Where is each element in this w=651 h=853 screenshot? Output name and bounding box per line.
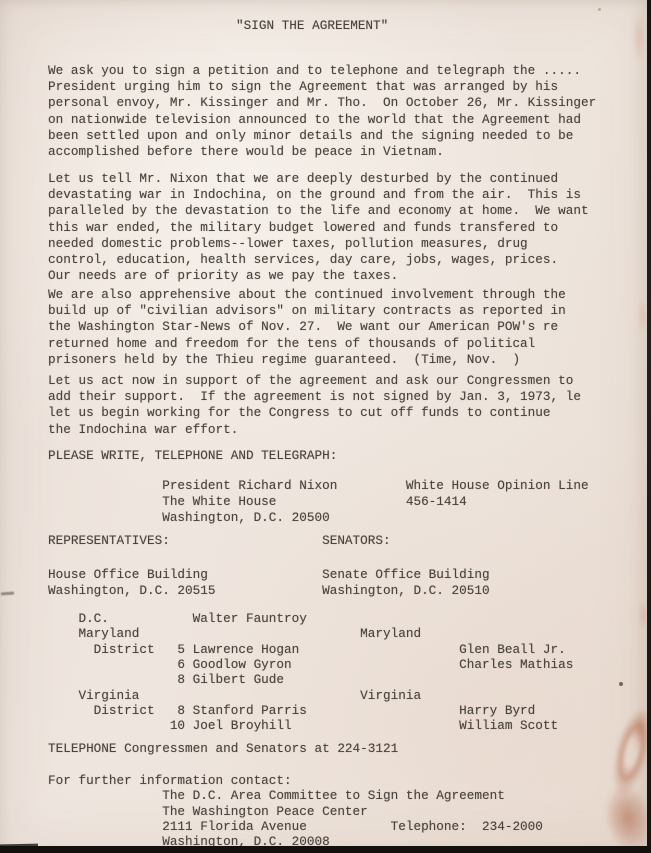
text-line: D.C. Walter Fauntroy: [48, 611, 573, 626]
text-line: prisoners held by the Thieu regime guara…: [48, 352, 566, 368]
text-line: personal envoy, Mr. Kissinger and Mr. Th…: [48, 95, 596, 111]
text-line: President Richard Nixon White House Opin…: [48, 478, 589, 494]
text-line: 10 Joel Broyhill William Scott: [48, 718, 573, 733]
scanner-edge-bottom: [0, 846, 651, 853]
paragraph-call-to-action: Let us act now in support of the agreeme…: [48, 373, 581, 438]
paragraph-pow-concerns: We are also apprehensive about the conti…: [48, 287, 566, 368]
text-line: the Indochina war effort.: [48, 422, 581, 438]
text-line: Our needs are of priority as we pay the …: [48, 268, 589, 284]
document-title: "SIGN THE AGREEMENT": [236, 18, 388, 34]
text-line: 8 Gilbert Gude: [48, 672, 573, 687]
text-line: the Washington Star-News of Nov. 27. We …: [48, 319, 566, 335]
text-line: let us begin working for the Congress to…: [48, 405, 581, 421]
text-line: add their support. If the agreement is n…: [48, 389, 581, 405]
paragraph-intro: We ask you to sign a petition and to tel…: [48, 63, 596, 160]
chambers-header-row: REPRESENTATIVES: SENATORS:: [48, 533, 391, 549]
text-line: paralleled by the devastation to the lif…: [48, 203, 589, 219]
text-line: this war ended, the military budget lowe…: [48, 220, 589, 236]
text-line: Washington, D.C. 20515 Washington, D.C. …: [48, 583, 490, 599]
office-buildings-block: House Office Building Senate Office Buil…: [48, 567, 490, 599]
text-line: We ask you to sign a petition and to tel…: [48, 63, 596, 79]
text-line: The Washington Peace Center: [48, 804, 543, 819]
stain-bottom-right-corner: [599, 780, 651, 853]
text-line: devastating war in Indochina, on the gro…: [48, 187, 589, 203]
text-line: House Office Building Senate Office Buil…: [48, 567, 490, 583]
speck-top: [598, 8, 601, 11]
please-write-heading: PLEASE WRITE, TELEPHONE AND TELEGRAPH:: [48, 448, 337, 464]
paragraph-war-concerns: Let us tell Mr. Nixon that we are deeply…: [48, 171, 589, 284]
text-line: We are also apprehensive about the conti…: [48, 287, 566, 303]
text-line: 2111 Florida Avenue Telephone: 234-2000: [48, 819, 543, 834]
text-line: District 8 Stanford Parris Harry Byrd: [48, 703, 573, 718]
telephone-congress-line: TELEPHONE Congressmen and Senators at 22…: [48, 741, 398, 757]
text-line: build up of "civilian advisors" on milit…: [48, 303, 566, 319]
scanner-edge-right: [647, 0, 651, 853]
text-line: Virginia Virginia: [48, 688, 573, 703]
stain-bottom-right-ring: [604, 703, 651, 800]
stain-top-right: [633, 12, 645, 64]
delegation-table: D.C. Walter Fauntroy Maryland Maryland D…: [48, 611, 573, 734]
text-line: Let us tell Mr. Nixon that we are deeply…: [48, 171, 589, 187]
text-line: accomplished before there would be peace…: [48, 144, 596, 160]
speck-right: [619, 682, 623, 686]
text-line: control, education, health services, day…: [48, 252, 589, 268]
text-line: District 5 Lawrence Hogan Glen Beall Jr.: [48, 642, 573, 657]
stain-mid-right: [638, 298, 647, 334]
text-line: needed domestic problems--lower taxes, p…: [48, 236, 589, 252]
text-line: For further information contact:: [48, 773, 543, 788]
text-line: on nationwide television announced to th…: [48, 112, 596, 128]
text-line: returned home and freedom for the tens o…: [48, 336, 566, 352]
mark-left-edge: [1, 592, 14, 596]
text-line: been settled upon and only minor details…: [48, 128, 596, 144]
text-line: Washington, D.C. 20500: [48, 510, 589, 526]
text-line: The White House 456-1414: [48, 494, 589, 510]
text-line: The D.C. Area Committee to Sign the Agre…: [48, 788, 543, 803]
text-line: President urging him to sign the Agreeme…: [48, 79, 596, 95]
text-line: 6 Goodlow Gyron Charles Mathias: [48, 657, 573, 672]
text-line: Maryland Maryland: [48, 626, 573, 641]
further-information-block: For further information contact: The D.C…: [48, 773, 543, 850]
white-house-address-block: President Richard Nixon White House Opin…: [48, 478, 589, 526]
scanned-flyer-page: "SIGN THE AGREEMENT" We ask you to sign …: [0, 0, 651, 853]
text-line: Let us act now in support of the agreeme…: [48, 373, 581, 389]
